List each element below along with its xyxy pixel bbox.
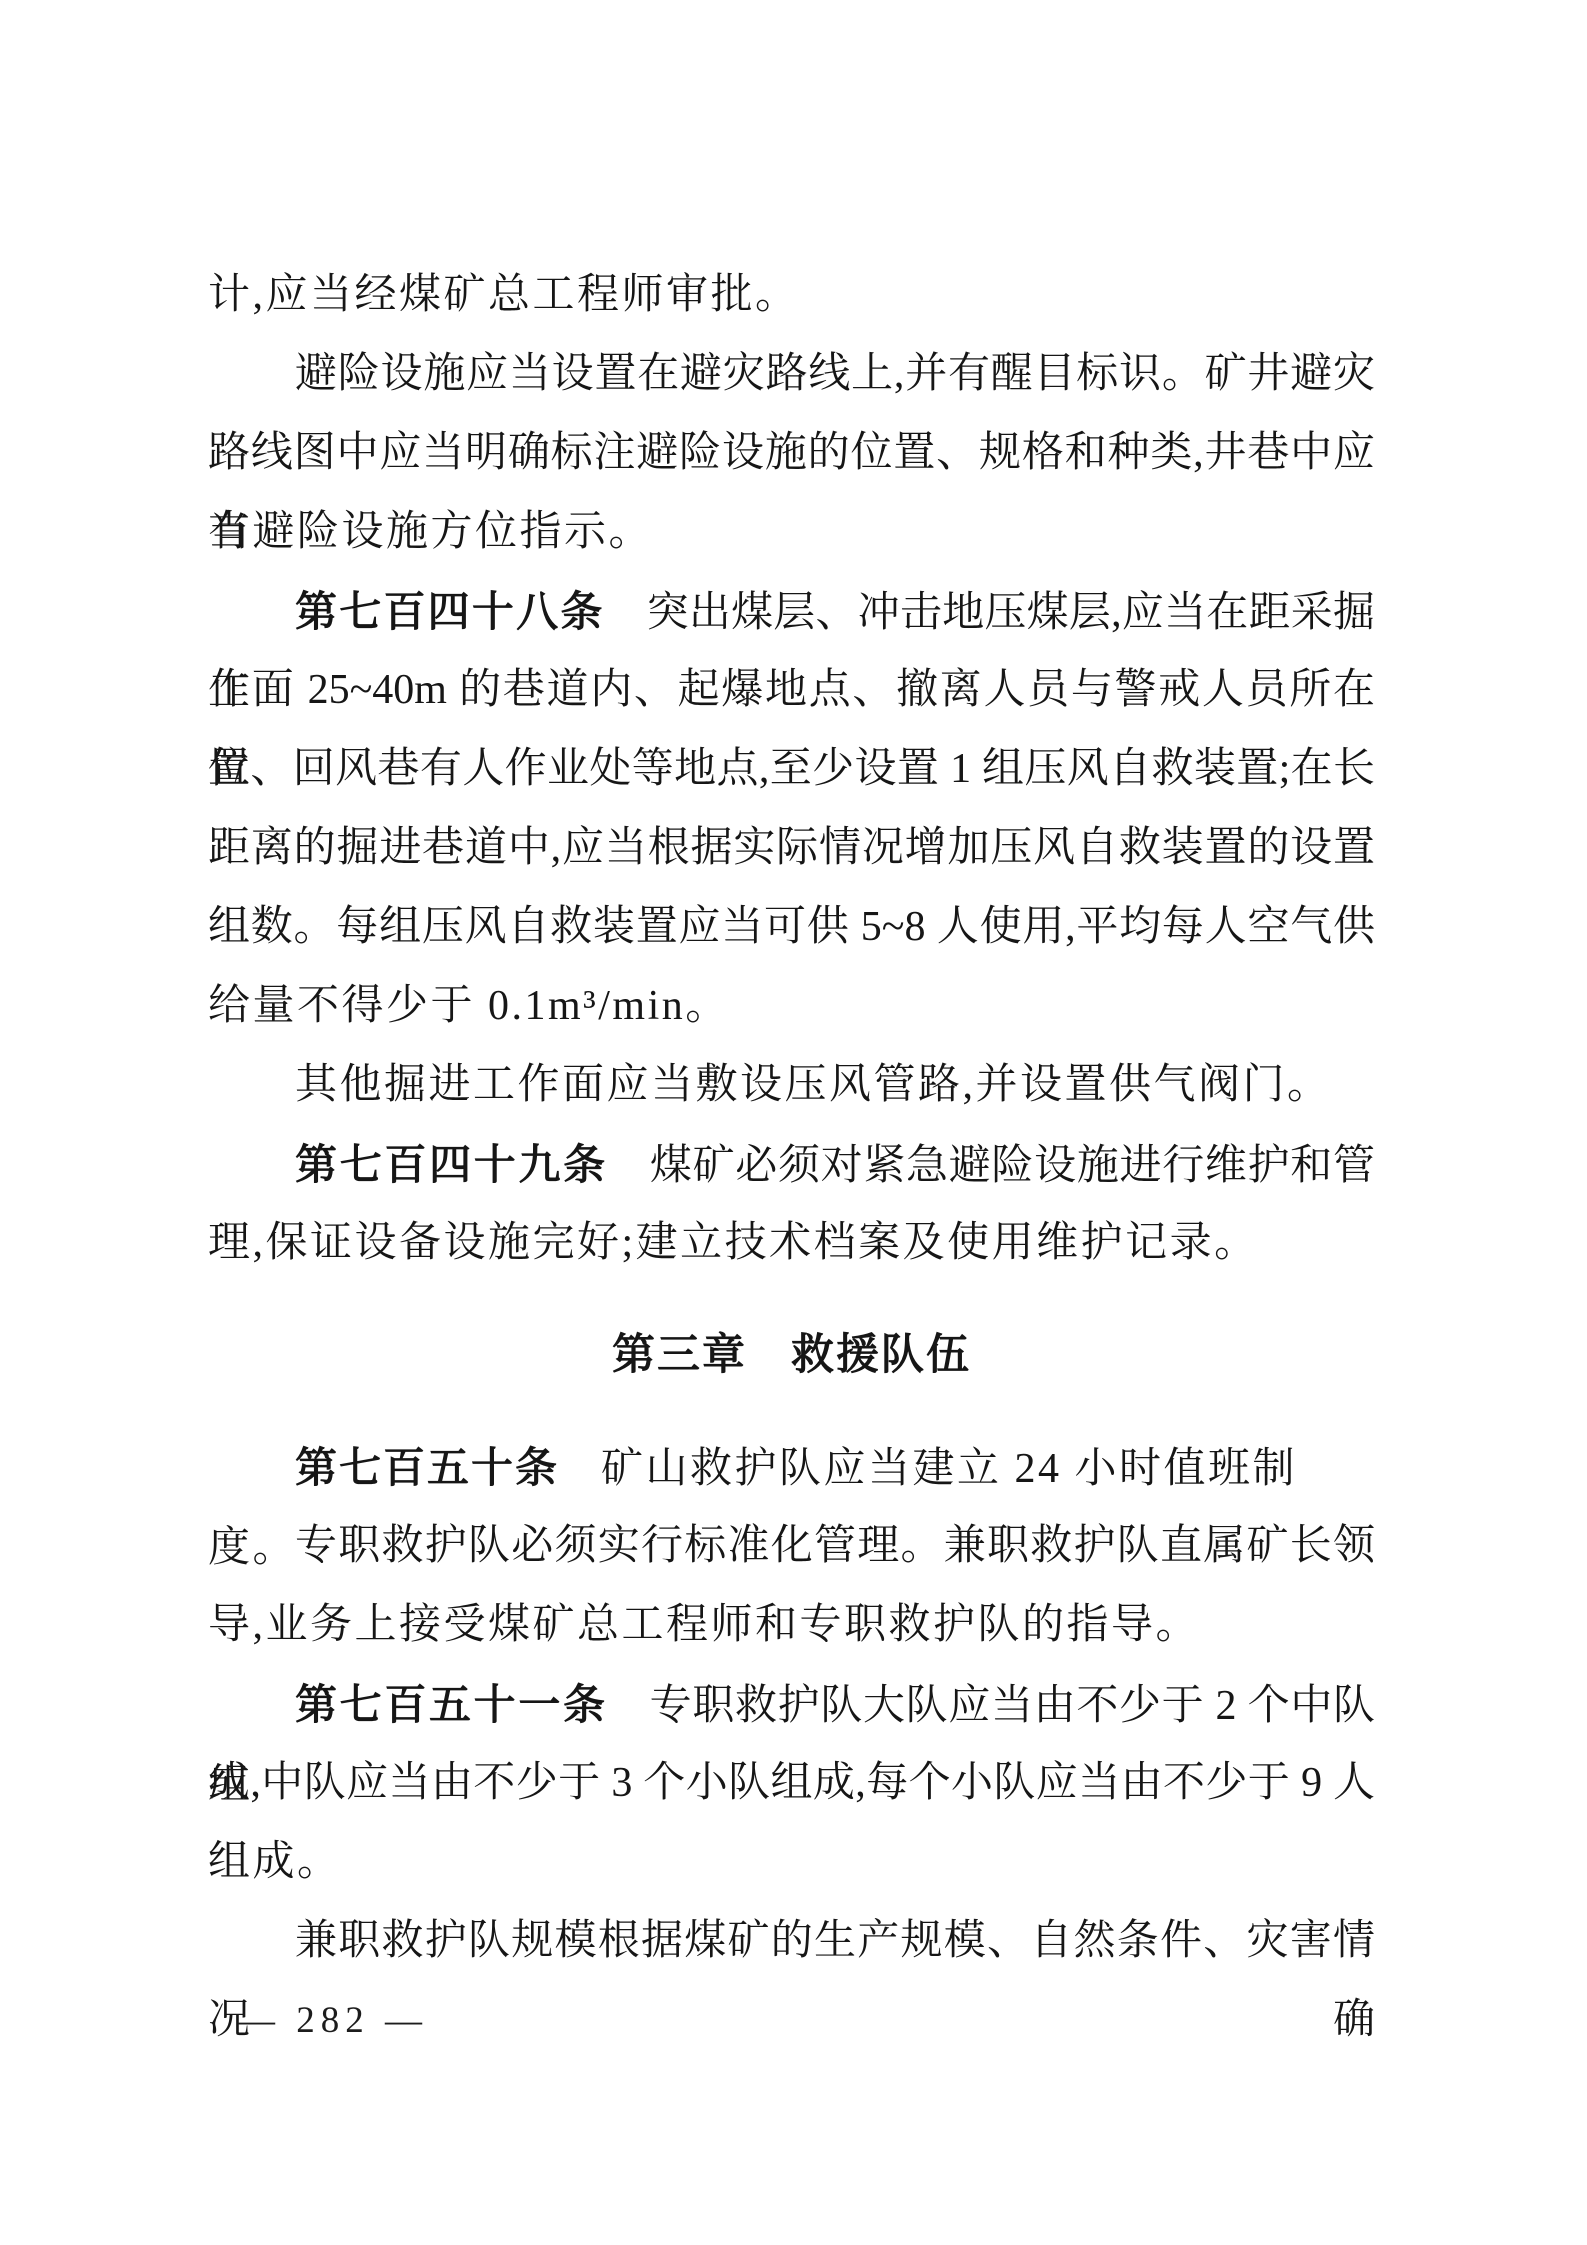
line-text: 煤矿必须对紧急避险设施进行维护和管: [650, 1143, 1375, 1189]
line-text: 给量不得少于 0.1m³/min。: [208, 983, 730, 1029]
line-text: 专职救护队必须实行标准化管理。兼职救护队直属矿长领: [295, 1523, 1375, 1569]
line-text: 计,应当经煤矿总工程师审批。: [208, 272, 800, 318]
text-line: 组成。: [208, 1823, 1375, 1902]
document-page: 计,应当经煤矿总工程师审批。避险设施应当设置在避灾路线上,并有醒目标识。矿井避灾…: [0, 0, 1587, 2245]
line-text: 其他掘进工作面应当敷设压风管路,并设置供气阀门。: [295, 1062, 1332, 1108]
text-line: 第七百五十条矿山救护队应当建立 24 小时值班制度。: [208, 1428, 1375, 1507]
chapter-number: 第三章: [612, 1331, 747, 1379]
text-line: 计,应当经煤矿总工程师审批。: [208, 256, 1375, 335]
line-text: 理,保证设备设施完好;建立技术档案及使用维护记录。: [208, 1220, 1259, 1266]
text-line: 有避险设施方位指示。: [208, 493, 1375, 572]
text-line: 距离的掘进巷道中,应当根据实际情况增加压风自救装置的设置: [208, 809, 1375, 888]
chapter-title: 救援队伍: [791, 1331, 971, 1379]
text-line: 导,业务上接受煤矿总工程师和专职救护队的指导。: [208, 1586, 1375, 1665]
line-text: 有避险设施方位指示。: [208, 509, 653, 555]
article-number: 第七百五十条: [295, 1444, 559, 1491]
text-line: 成,中队应当由不少于 3 个小队组成,每个小队应当由不少于 9 人: [208, 1744, 1375, 1823]
chapter-heading: 第三章救援队伍: [208, 1316, 1375, 1395]
line-text: 成,中队应当由不少于 3 个小队组成,每个小队应当由不少于 9 人: [208, 1760, 1375, 1806]
article-number: 第七百四十八条: [295, 588, 605, 635]
article-number: 第七百四十九条: [295, 1141, 608, 1188]
text-line: 第七百四十八条突出煤层、冲击地压煤层,应当在距采掘工: [208, 572, 1375, 651]
text-line: 给量不得少于 0.1m³/min。: [208, 967, 1375, 1046]
text-line: 兼职救护队规模根据煤矿的生产规模、自然条件、灾害情况确: [208, 1902, 1375, 1981]
line-text: 置、回风巷有人作业处等地点,至少设置 1 组压风自救装置;在长: [208, 746, 1375, 792]
text-line: 其他掘进工作面应当敷设压风管路,并设置供气阀门。: [208, 1046, 1375, 1125]
text-line: 理,保证设备设施完好;建立技术档案及使用维护记录。: [208, 1204, 1375, 1283]
text-line: 第七百五十一条专职救护队大队应当由不少于 2 个中队组: [208, 1665, 1375, 1744]
page-body: 计,应当经煤矿总工程师审批。避险设施应当设置在避灾路线上,并有醒目标识。矿井避灾…: [208, 256, 1375, 1981]
article-number: 第七百五十一条: [295, 1681, 608, 1728]
line-text: 组成。: [208, 1839, 342, 1885]
line-text: 导,业务上接受煤矿总工程师和专职救护队的指导。: [208, 1602, 1200, 1648]
line-text: 组数。每组压风自救装置应当可供 5~8 人使用,平均每人空气供: [208, 904, 1375, 950]
text-line: 专职救护队必须实行标准化管理。兼职救护队直属矿长领: [208, 1507, 1375, 1586]
text-line: 组数。每组压风自救装置应当可供 5~8 人使用,平均每人空气供: [208, 888, 1375, 967]
page-number: — 282 —: [238, 1999, 428, 2042]
text-line: 第七百四十九条煤矿必须对紧急避险设施进行维护和管: [208, 1125, 1375, 1204]
text-line: 避险设施应当设置在避灾路线上,并有醒目标识。矿井避灾: [208, 335, 1375, 414]
text-line: 置、回风巷有人作业处等地点,至少设置 1 组压风自救装置;在长: [208, 730, 1375, 809]
text-line: 路线图中应当明确标注避险设施的位置、规格和种类,井巷中应当: [208, 414, 1375, 493]
text-line: 作面 25~40m 的巷道内、起爆地点、撤离人员与警戒人员所在位: [208, 651, 1375, 730]
line-text: 距离的掘进巷道中,应当根据实际情况增加压风自救装置的设置: [208, 825, 1375, 871]
line-text: 避险设施应当设置在避灾路线上,并有醒目标识。矿井避灾: [295, 351, 1375, 397]
